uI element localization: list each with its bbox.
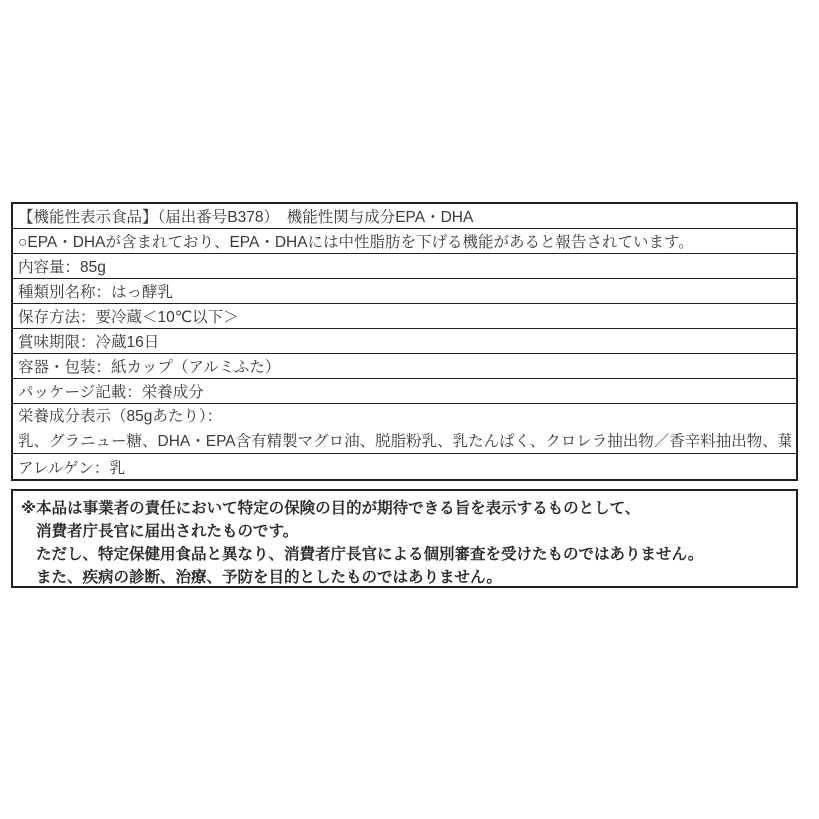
- table-row-function-claim-header: 【機能性表示食品】（届出番号B378） 機能性関与成分EPA・DHA: [13, 204, 796, 229]
- table-row-nutrition-ingredients: 栄養成分表示（85gあたり）： 乳、グラニュー糖、DHA・EPA含有精製マグロ油…: [13, 404, 796, 454]
- package-label-text: パッケージ記載：栄養成分: [18, 380, 204, 402]
- table-row-storage-method: 保存方法：要冷蔵＜10℃以下＞: [13, 304, 796, 329]
- disclaimer-box: ※本品は事業者の責任において特定の保険の目的が期待できる旨を表示するものとして、…: [11, 489, 798, 588]
- category-name-text: 種類別名称：はっ酵乳: [18, 280, 173, 302]
- disclaimer-line-1: ※本品は事業者の責任において特定の保険の目的が期待できる旨を表示するものとして、: [13, 497, 796, 520]
- storage-method-text: 保存方法：要冷蔵＜10℃以下＞: [18, 305, 239, 327]
- net-content-text: 内容量：85g: [18, 255, 106, 277]
- product-info-table: 【機能性表示食品】（届出番号B378） 機能性関与成分EPA・DHA ○EPA・…: [11, 202, 798, 481]
- disclaimer-line-4: また、疾病の診断、治療、予防を目的としたものではありません。: [13, 566, 796, 589]
- table-row-function-claim-statement: ○EPA・DHAが含まれており、EPA・DHAには中性脂肪を下げる機能があると報…: [13, 229, 796, 254]
- nutrition-label-text: 栄養成分表示（85gあたり）：: [18, 404, 791, 429]
- disclaimer-line-2: 消費者庁長官に届出されたものです。: [13, 520, 796, 543]
- disclaimer-line-3: ただし、特定保健用食品と異なり、消費者庁長官による個別審査を受けたものではありま…: [13, 543, 796, 566]
- container-packaging-text: 容器・包装：紙カップ（アルミふた）: [18, 355, 280, 377]
- table-row-best-before: 賞味期限：冷蔵16日: [13, 329, 796, 354]
- function-claim-header-text: 【機能性表示食品】（届出番号B378） 機能性関与成分EPA・DHA: [18, 205, 473, 227]
- table-row-package-label: パッケージ記載：栄養成分: [13, 379, 796, 404]
- ingredients-list-text: 乳、グラニュー糖、DHA・EPA含有精製マグロ油、脱脂粉乳、乳たんぱく、クロレラ…: [18, 429, 791, 454]
- table-row-net-content: 内容量：85g: [13, 254, 796, 279]
- table-row-container-packaging: 容器・包装：紙カップ（アルミふた）: [13, 354, 796, 379]
- table-row-category-name: 種類別名称：はっ酵乳: [13, 279, 796, 304]
- page: 【機能性表示食品】（届出番号B378） 機能性関与成分EPA・DHA ○EPA・…: [0, 0, 819, 819]
- allergen-text: アレルゲン：乳: [18, 456, 125, 478]
- table-row-allergen: アレルゲン：乳: [13, 454, 796, 479]
- best-before-text: 賞味期限：冷蔵16日: [18, 330, 159, 352]
- function-claim-statement-text: ○EPA・DHAが含まれており、EPA・DHAには中性脂肪を下げる機能があると報…: [18, 230, 694, 252]
